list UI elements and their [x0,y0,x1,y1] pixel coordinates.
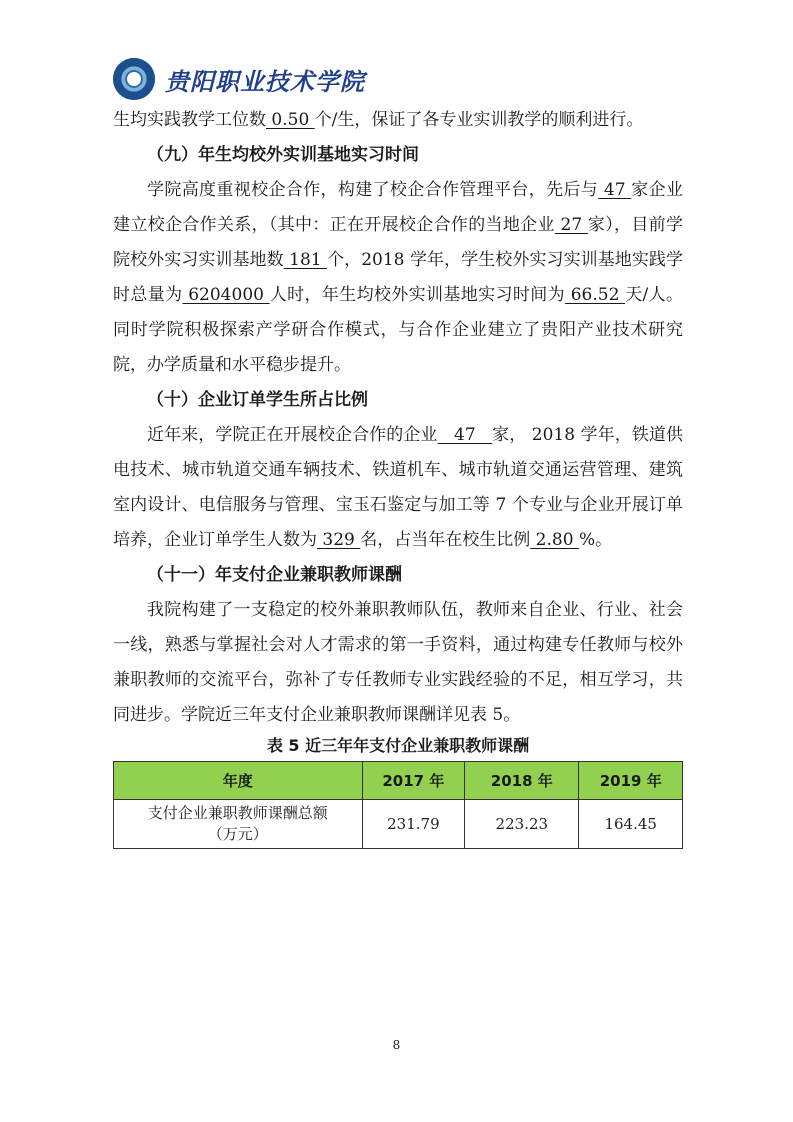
part-time-pay-table: 年度 2017 年 2018 年 2019 年 支付企业兼职教师课酬总额（万元）… [113,761,683,849]
value-training-bases: 181 [284,250,327,270]
table-header-2017: 2017 年 [362,762,465,800]
section-heading-9: （九）年生均校外实训基地实习时间 [113,138,683,173]
table-cell-2017: 231.79 [362,800,465,849]
value-order-ratio: 2.80 [530,530,579,550]
table-caption: 表 5 近三年年支付企业兼职教师课酬 [113,733,683,759]
value-total-hours: 6204000 [182,285,269,305]
table-row: 支付企业兼职教师课酬总额（万元） 231.79 223.23 164.45 [114,800,683,849]
table-header-2018: 2018 年 [465,762,579,800]
table-cell-2019: 164.45 [579,800,683,849]
value-days-per-student: 66.52 [565,285,625,305]
table-cell-2018: 223.23 [465,800,579,849]
paragraph-part-time-teachers: 我院构建了一支稳定的校外兼职教师队伍，教师来自企业、行业、社会一线，熟悉与掌握社… [113,593,683,733]
table-header-row: 年度 2017 年 2018 年 2019 年 [114,762,683,800]
value-workstations-per-student: 0.50 [266,110,315,130]
table-header-year: 年度 [114,762,363,800]
paragraph-internship-time: 学院高度重视校企合作，构建了校企合作管理平台，先后与 47 家企业建立校企合作关… [113,173,683,383]
college-name-logo: 贵阳职业技术学院 [165,62,365,97]
college-emblem-icon [113,58,155,100]
page-number: 8 [0,1038,793,1052]
value-partner-companies: 47 [598,180,631,200]
paragraph-workstations: 生均实践教学工位数 0.50 个/生，保证了各专业实训教学的顺利进行。 [113,103,683,138]
section-heading-10: （十）企业订单学生所占比例 [113,383,683,418]
table-row-label: 支付企业兼职教师课酬总额（万元） [114,800,363,849]
table-header-2019: 2019 年 [579,762,683,800]
value-cooperating-companies: 47 [438,425,493,445]
section-heading-11: （十一）年支付企业兼职教师课酬 [113,558,683,593]
document-header: 贵阳职业技术学院 [113,57,365,101]
page-body: 生均实践教学工位数 0.50 个/生，保证了各专业实训教学的顺利进行。 （九）年… [113,103,683,849]
value-local-companies: 27 [555,215,588,235]
value-order-students: 329 [317,530,360,550]
paragraph-order-students: 近年来，学院正在开展校企合作的企业 47 家， 2018 学年，铁道供电技术、城… [113,418,683,558]
